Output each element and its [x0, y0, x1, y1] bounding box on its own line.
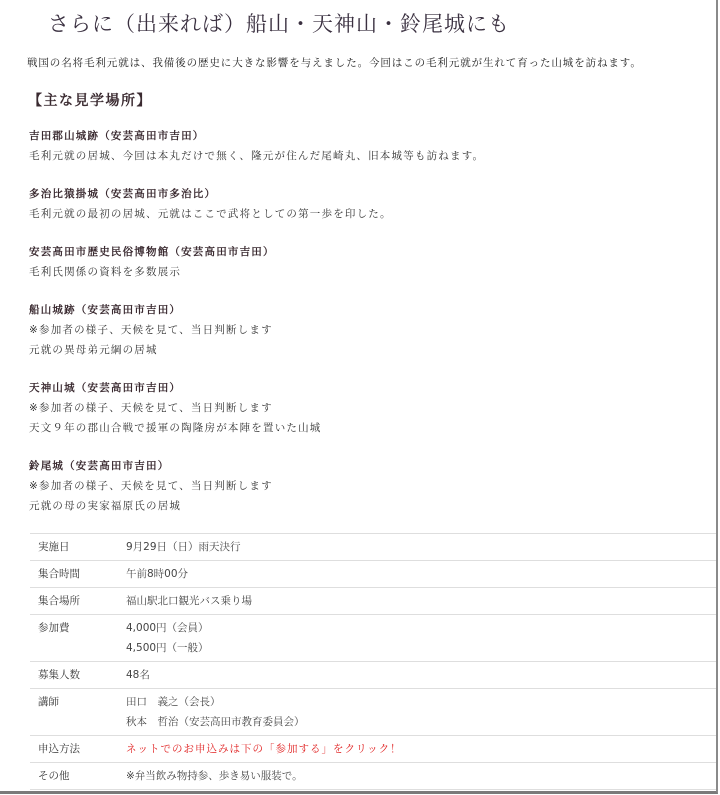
row-label: 集合時間 — [38, 561, 126, 584]
row-value: 秋本 哲治（安芸高田市教育委員会） — [126, 712, 716, 732]
row-value: 4,000円（会員） — [126, 615, 716, 638]
row-label: 参加費 — [38, 615, 126, 638]
row-label: 講師 — [38, 689, 126, 712]
table-row: 申込方法 ネットでのお申込みは下の「参加する」をクリック！ — [30, 736, 716, 763]
site-item: 安芸高田市歴史民俗博物館（安芸高田市吉田） 毛利氏関係の資料を多数展示 — [29, 242, 275, 282]
site-item: 天神山城（安芸高田市吉田） ※参加者の様子、天候を見て、当日判断します 天文９年… — [29, 378, 322, 438]
table-row: 募集人数 48名 — [30, 662, 716, 689]
site-name: 安芸高田市歴史民俗博物館（安芸高田市吉田） — [29, 242, 275, 262]
site-name: 天神山城（安芸高田市吉田） — [29, 378, 322, 398]
event-info-table: 実施日 9月29日（日）雨天決行 集合時間 午前8時00分 集合場所 福山駅北口… — [30, 533, 716, 790]
site-description: 毛利氏関係の資料を多数展示 — [29, 262, 275, 282]
site-description: 元就の母の実家福原氏の居城 — [29, 496, 273, 516]
site-name: 鈴尾城（安芸高田市吉田） — [29, 456, 273, 476]
intro-text: 戦国の名将毛利元就は、我備後の歴史に大きな影響を与えました。今回はこの毛利元就が… — [27, 55, 642, 70]
row-value: ※弁当飲み物持参、歩き易い服装で。 — [126, 763, 716, 786]
table-row: 講師 田口 義之（会長） 秋本 哲治（安芸高田市教育委員会） — [30, 689, 716, 736]
site-note: ※参加者の様子、天候を見て、当日判断します — [29, 320, 273, 340]
row-value: 48名 — [126, 662, 716, 685]
application-instruction: ネットでのお申込みは下の「参加する」をクリック！ — [126, 736, 716, 759]
site-description: 天文９年の郡山合戦で援軍の陶隆房が本陣を置いた山城 — [29, 418, 322, 438]
row-value: 午前8時00分 — [126, 561, 716, 584]
page-title: さらに（出来れば）船山・天神山・鈴尾城にも — [48, 8, 510, 38]
row-value: 福山駅北口観光バス乗り場 — [126, 588, 716, 611]
site-note: ※参加者の様子、天候を見て、当日判断します — [29, 398, 322, 418]
row-label: 実施日 — [38, 534, 126, 557]
table-row: 参加費 4,000円（会員） 4,500円（一般） — [30, 615, 716, 662]
row-label: 募集人数 — [38, 662, 126, 685]
row-value: 4,500円（一般） — [126, 638, 716, 658]
site-name: 船山城跡（安芸高田市吉田） — [29, 300, 273, 320]
site-item: 船山城跡（安芸高田市吉田） ※参加者の様子、天候を見て、当日判断します 元就の異… — [29, 300, 273, 360]
site-item: 鈴尾城（安芸高田市吉田） ※参加者の様子、天候を見て、当日判断します 元就の母の… — [29, 456, 273, 516]
site-item: 多治比猿掛城（安芸高田市多治比） 毛利元就の最初の居城、元就はここで武将としての… — [29, 184, 392, 224]
site-description: 毛利元就の居城、今回は本丸だけで無く、隆元が住んだ尾崎丸、旧本城等も訪ねます。 — [29, 146, 484, 166]
row-value: 田口 義之（会長） — [126, 689, 716, 712]
row-label: 申込方法 — [38, 736, 126, 759]
row-label: その他 — [38, 763, 126, 786]
site-description: 毛利元就の最初の居城、元就はここで武将としての第一歩を印した。 — [29, 204, 392, 224]
site-name: 吉田郡山城跡（安芸高田市吉田） — [29, 126, 484, 146]
table-row: 実施日 9月29日（日）雨天決行 — [30, 534, 716, 561]
table-row: その他 ※弁当飲み物持参、歩き易い服装で。 — [30, 763, 716, 790]
row-label: 集合場所 — [38, 588, 126, 611]
site-name: 多治比猿掛城（安芸高田市多治比） — [29, 184, 392, 204]
section-heading: 【主な見学場所】 — [28, 90, 152, 110]
site-item: 吉田郡山城跡（安芸高田市吉田） 毛利元就の居城、今回は本丸だけで無く、隆元が住ん… — [29, 126, 484, 166]
site-description: 元就の異母弟元綱の居城 — [29, 340, 273, 360]
table-row: 集合時間 午前8時00分 — [30, 561, 716, 588]
site-note: ※参加者の様子、天候を見て、当日判断します — [29, 476, 273, 496]
table-row: 集合場所 福山駅北口観光バス乗り場 — [30, 588, 716, 615]
row-value: 9月29日（日）雨天決行 — [126, 534, 716, 557]
